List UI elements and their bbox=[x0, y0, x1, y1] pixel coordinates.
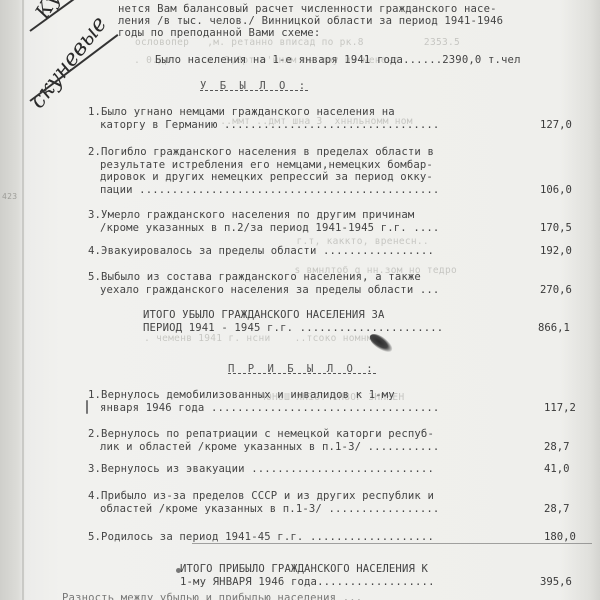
decrease-item-value: 192,0 bbox=[540, 245, 572, 257]
decrease-item-text: дировок и других немецких репрессий за п… bbox=[100, 171, 433, 183]
increase-item-text: 5.Родилось за период 1941-45 г.г. ......… bbox=[88, 531, 434, 543]
intro-line: нется Вам балансовый расчет численности … bbox=[118, 3, 497, 15]
decrease-total-period: ПЕРИОД 1941 - 1945 г.г. bbox=[143, 322, 293, 334]
increase-item-value: 41,0 bbox=[544, 463, 570, 475]
decrease-item-text: 4.Эвакуировалось за пределы области ....… bbox=[88, 245, 434, 257]
footer-partial-line: Разность между убылью и прибылью населен… bbox=[62, 592, 362, 600]
scanned-document-page: ословопер ,м. ретанно вписад по рк.8 235… bbox=[0, 0, 600, 600]
increase-item-text: лик и областей /кроме указанных в п.1-3/… bbox=[100, 441, 439, 453]
population-label-text: Было населения на 1-е января 1941 года bbox=[155, 54, 403, 66]
increase-item-text: января 1946 года .......................… bbox=[100, 402, 439, 414]
decrease-item-text: уехало гражданского населения за пределы… bbox=[100, 284, 439, 296]
increase-item-value: 28,7 bbox=[544, 503, 570, 515]
increase-item-text: 2.Вернулось по репатриации с немецкой ка… bbox=[88, 428, 434, 440]
increase-total-line: ИТОГО ПРИБЫЛО ГРАЖДАНСКОГО НАСЕЛЕНИЯ К bbox=[180, 563, 428, 575]
population-1941-value: 2390,0 bbox=[442, 54, 481, 66]
decrease-item-text: результате истребления его немцами,немец… bbox=[100, 159, 433, 171]
decrease-item-text: пации ..................................… bbox=[100, 184, 439, 196]
handwritten-note-signature: скуневые bbox=[25, 12, 112, 114]
population-1941-label: Было населения на 1-е января 1941 года..… bbox=[155, 54, 521, 66]
bleed-through-text: . чеменв 1941 г. нсни ..тсоко номнм bbox=[120, 333, 373, 344]
increase-item-value: 180,0 bbox=[544, 531, 576, 543]
increase-item-text: 3.Вернулось из эвакуации ...............… bbox=[88, 463, 434, 475]
section-heading-increase: П Р И Б Ы Л О : bbox=[228, 363, 376, 375]
decrease-item-value: 170,5 bbox=[540, 222, 572, 234]
increase-item-text: областей /кроме указанных в п.1-3/ .....… bbox=[100, 503, 439, 515]
decrease-total-line: ПЕРИОД 1941 - 1945 г.г. ................… bbox=[143, 322, 443, 334]
margin-number: 423 bbox=[2, 192, 17, 201]
increase-item-value: 28,7 bbox=[544, 441, 570, 453]
page-margin-shadow bbox=[22, 0, 24, 600]
increase-item-value: 117,2 bbox=[544, 402, 576, 414]
decrease-item-text: 2.Погибло гражданского населения в преде… bbox=[88, 146, 434, 158]
population-unit: т.чел bbox=[488, 54, 521, 66]
ink-speck bbox=[176, 568, 181, 573]
decrease-item-value: 127,0 bbox=[540, 119, 572, 131]
increase-item-text: 1.Вернулось демобилизованных и инвалидов… bbox=[88, 389, 395, 401]
ink-blot bbox=[367, 331, 395, 356]
decrease-item-value: 106,0 bbox=[540, 184, 572, 196]
decrease-item-text: 3.Умерло гражданского населения по други… bbox=[88, 209, 414, 221]
decrease-total-value: 866,1 bbox=[538, 322, 570, 334]
increase-total-date: 1-му ЯНВАРЯ 1946 года bbox=[180, 576, 317, 588]
ink-speck bbox=[86, 400, 88, 414]
decrease-item-text: /кроме указанных в п.2/за период 1941-19… bbox=[100, 222, 439, 234]
decrease-item-text: 1.Было угнано немцами гражданского насел… bbox=[88, 106, 395, 118]
decrease-total-line: ИТОГО УБЫЛО ГРАЖДАНСКОГО НАСЕЛЕНИЯ ЗА bbox=[143, 309, 385, 321]
decrease-item-value: 270,6 bbox=[540, 284, 572, 296]
section-heading-decrease: У Б Ы Л О : bbox=[200, 80, 309, 92]
intro-line: годы по преподанной Вами схеме: bbox=[118, 27, 320, 39]
decrease-item-text: 5.Выбыло из состава гражданского населен… bbox=[88, 271, 421, 283]
underline-rule bbox=[192, 543, 592, 544]
increase-total-value: 395,6 bbox=[540, 576, 572, 588]
intro-line: ления /в тыс. челов./ Винницкой области … bbox=[118, 15, 503, 27]
increase-item-text: 4.Прибыло из-за пределов СССР и из други… bbox=[88, 490, 434, 502]
decrease-item-text: каторгу в Германию .....................… bbox=[100, 119, 439, 131]
increase-total-line: 1-му ЯНВАРЯ 1946 года.................. bbox=[180, 576, 435, 588]
